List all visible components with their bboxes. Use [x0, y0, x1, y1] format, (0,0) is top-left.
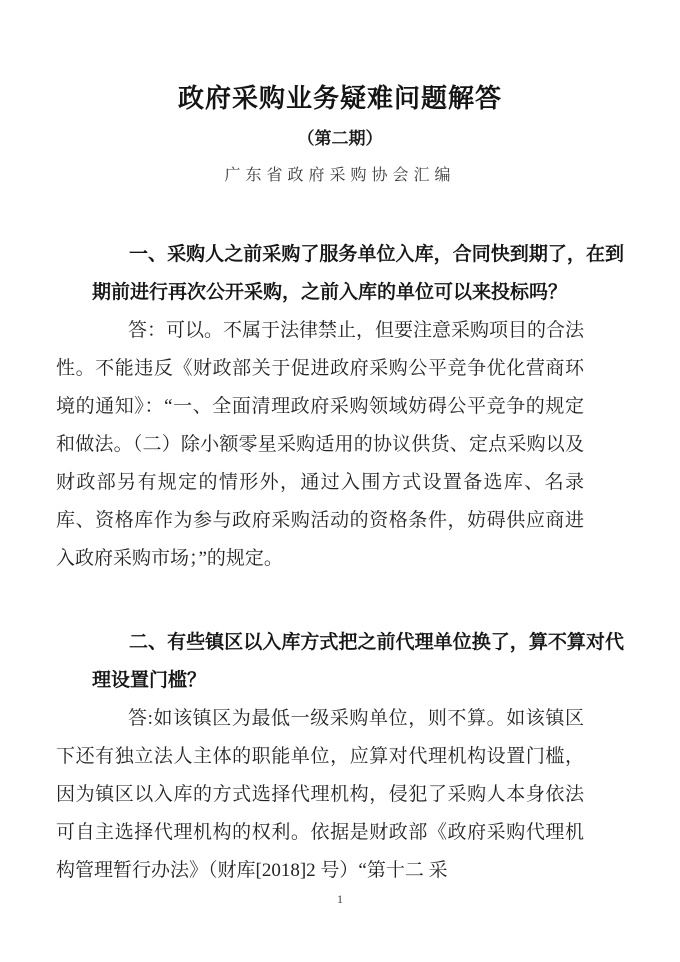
- page-number: 1: [0, 892, 680, 906]
- document-page: 政府采购业务疑难问题解答 （第二期） 广东省政府采购协会汇编 一、采购人之前采购…: [0, 0, 680, 962]
- doc-byline: 广东省政府采购协会汇编: [0, 164, 680, 188]
- question-2: 二、有些镇区以入库方式把之前代理单位换了，算不算对代理设置门槛？: [92, 624, 624, 700]
- doc-body: 一、采购人之前采购了服务单位入库，合同快到期了，在到期前进行再次公开采购，之前入…: [56, 236, 624, 890]
- answer-2: 答:如该镇区为最低一级采购单位，则不算。如该镇区下还有独立法人主体的职能单位，应…: [56, 700, 584, 890]
- answer-1: 答：可以。不属于法律禁止，但要注意采购项目的合法性。不能违反《财政部关于促进政府…: [56, 312, 584, 578]
- page-title: 政府采购业务疑难问题解答: [0, 0, 680, 116]
- question-1: 一、采购人之前采购了服务单位入库，合同快到期了，在到期前进行再次公开采购，之前入…: [92, 236, 624, 312]
- doc-subtitle: （第二期）: [0, 127, 680, 151]
